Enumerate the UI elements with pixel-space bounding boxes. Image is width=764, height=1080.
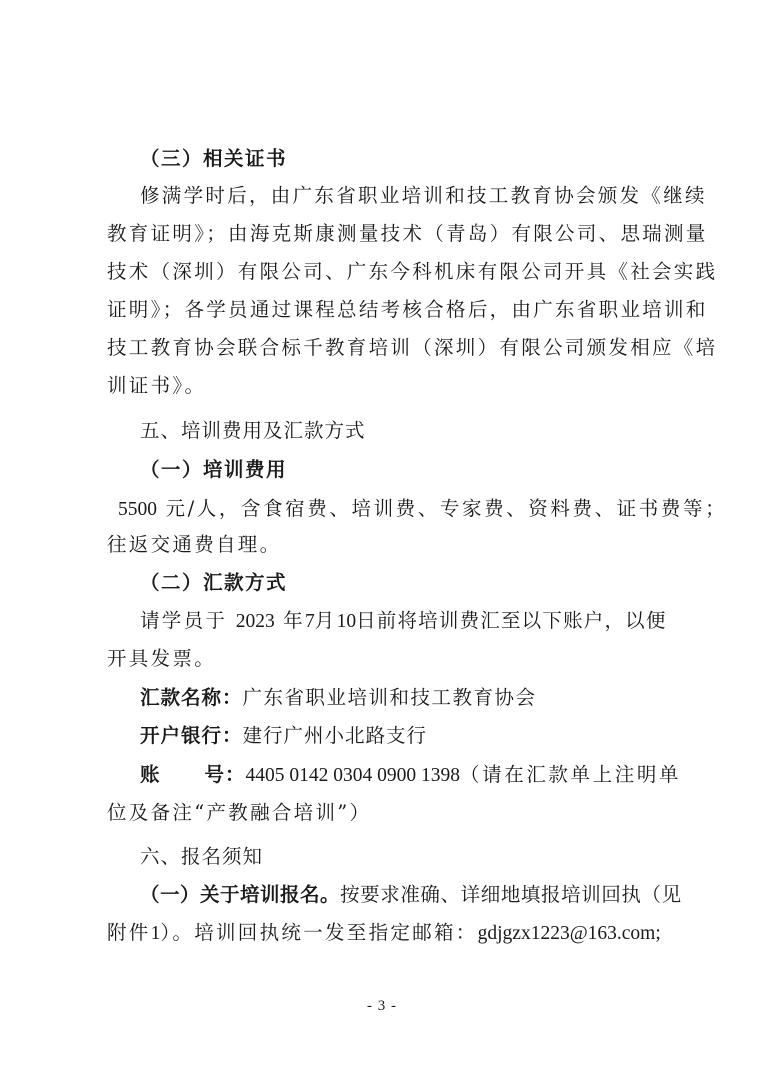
account-number: 4405 0142 0304 0900 1398: [246, 765, 461, 786]
page-number: - 3 -: [0, 998, 764, 1015]
paragraph-line: 教育证明》；由海克斯康测量技术（青岛）有限公司、思瑞测量: [107, 222, 687, 246]
payee-value: 广东省职业培训和技工教育协会: [243, 686, 537, 709]
paragraph-line: 训证书》。: [107, 374, 687, 398]
payee-row: 汇款名称：广东省职业培训和技工教育协会: [140, 686, 687, 710]
remit-month: 7: [305, 611, 315, 632]
account-label: 号：: [205, 763, 246, 786]
paragraph-line: 技术（深圳）有限公司、广东今科机床有限公司开具《社会实践: [107, 260, 687, 284]
remit-text: 日前将培训费汇至以下账户，以便: [356, 609, 667, 632]
subheading-training-fee: （一）培训费用: [140, 458, 687, 482]
registration-item-title: （一）关于培训报名。: [140, 883, 340, 906]
paragraph-line: 往返交通费自理。: [107, 533, 687, 557]
remit-text: 月: [315, 609, 337, 632]
bank-row: 开户银行：建行广州小北路支行: [140, 724, 687, 748]
paragraph-line: 位及备注“产教融合培训”）: [107, 801, 687, 825]
registration-item-line: （一）关于培训报名。按要求准确、详细地填报培训回执（见: [140, 883, 687, 907]
paragraph-line: 证明》；各学员通过课程总结考核合格后，由广东省职业培训和: [107, 298, 687, 322]
account-row: 账号：4405 0142 0304 0900 1398（请在汇款单上注明单: [140, 763, 687, 788]
subheading-remittance: （二）汇款方式: [140, 571, 687, 595]
paragraph-text: 附件: [107, 921, 151, 944]
remit-text: 年: [283, 609, 305, 632]
fee-description: 元/人，含食宿费、培训费、专家费、资料费、证书费等；: [166, 497, 728, 520]
bank-value: 建行广州小北路支行: [243, 724, 428, 747]
payee-label: 汇款名称：: [140, 686, 243, 709]
paragraph-line: 技工教育协会联合标千教育培训（深圳）有限公司颁发相应《培: [107, 336, 687, 360]
section-heading-registration: 六、报名须知: [140, 845, 687, 869]
remit-text: 请学员于: [140, 609, 227, 632]
remit-year: 2023: [236, 611, 275, 632]
paragraph-text: ）。培训回执统一发至指定邮箱：: [160, 921, 477, 944]
paragraph-line: 开具发票。: [107, 647, 687, 671]
section-heading-certificates: （三）相关证书: [140, 147, 687, 171]
section-heading-fees-payment: 五、培训费用及汇款方式: [140, 419, 687, 443]
document-page: （三）相关证书 修满学时后，由广东省职业培训和技工教育协会颁发《继续 教育证明》…: [0, 0, 764, 1080]
account-note: （请在汇款单上注明单: [460, 763, 681, 786]
bank-label: 开户银行：: [140, 724, 243, 747]
registration-email-line: 附件1）。培训回执统一发至指定邮箱：gdjgzx1223@163.com;: [107, 921, 687, 946]
registration-item-text: 按要求准确、详细地填报培训回执（见: [340, 883, 682, 906]
remit-day: 10: [337, 611, 357, 632]
email-address[interactable]: gdjgzx1223@163.com;: [478, 923, 661, 944]
remit-deadline-line: 请学员于 2023 年7月10日前将培训费汇至以下账户，以便: [140, 609, 687, 634]
account-label: 账: [140, 763, 161, 786]
attachment-number: 1: [151, 923, 161, 944]
paragraph-line: 修满学时后，由广东省职业培训和技工教育协会颁发《继续: [140, 184, 687, 208]
fee-amount: 5500: [118, 499, 157, 520]
fee-line: 5500 元/人，含食宿费、培训费、专家费、资料费、证书费等；: [118, 497, 698, 522]
